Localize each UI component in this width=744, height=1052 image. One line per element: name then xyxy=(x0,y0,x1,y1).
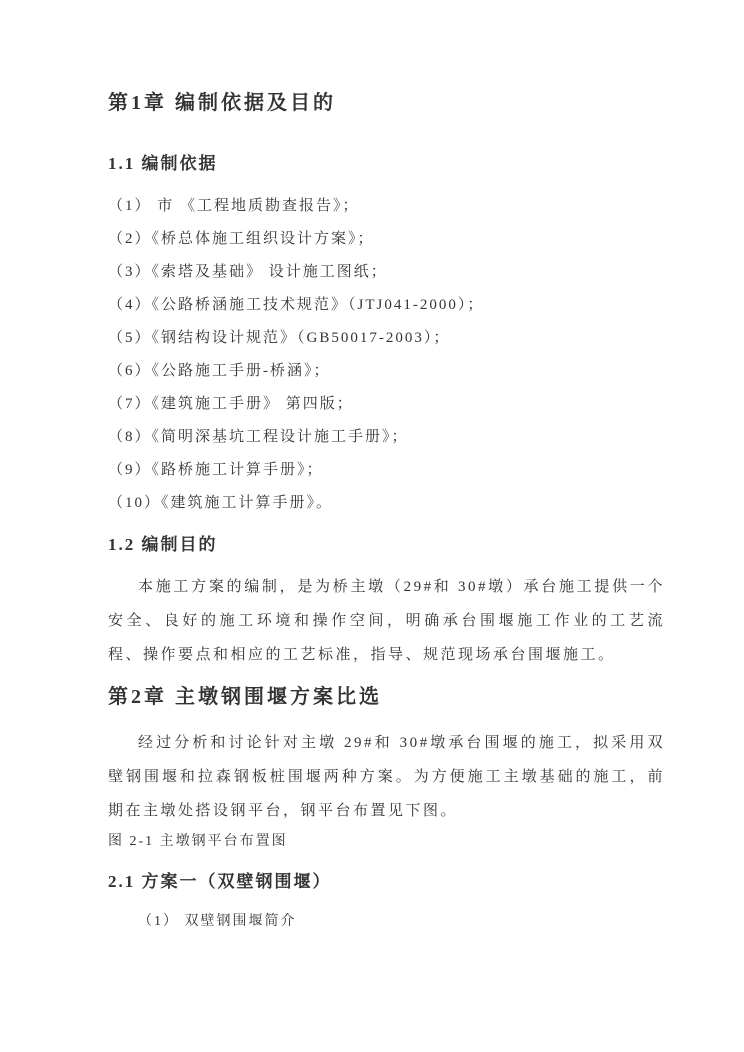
section-1-2-title: 1.2 编制目的 xyxy=(108,535,665,555)
reference-item-9: （9）《路桥施工计算手册》； xyxy=(108,454,665,487)
section-2-1-title: 2.1 方案一（双壁钢围堰） xyxy=(108,872,665,892)
reference-item-1: （1） 市 《工程地质勘查报告》； xyxy=(108,190,665,223)
reference-list: （1） 市 《工程地质勘查报告》； （2）《桥总体施工组织设计方案》； （3）《… xyxy=(108,190,665,520)
reference-item-8: （8）《简明深基坑工程设计施工手册》； xyxy=(108,421,665,454)
reference-item-7: （7）《建筑施工手册》 第四版； xyxy=(108,388,665,421)
figure-2-1-caption: 图 2-1 主墩钢平台布置图 xyxy=(108,832,665,852)
reference-item-3: （3）《索塔及基础》 设计施工图纸； xyxy=(108,256,665,289)
reference-item-4: （4）《公路桥涵施工技术规范》（JTJ041-2000）； xyxy=(108,289,665,322)
reference-item-2: （2）《桥总体施工组织设计方案》； xyxy=(108,223,665,256)
reference-item-10: （10）《建筑施工计算手册》。 xyxy=(108,487,665,520)
reference-item-5: （5）《钢结构设计规范》（GB50017-2003）； xyxy=(108,322,665,355)
document-page: 第1章 编制依据及目的 1.1 编制依据 （1） 市 《工程地质勘查报告》； （… xyxy=(0,0,744,1052)
section-2-1-intro-item: （1） 双壁钢围堰简介 xyxy=(108,912,665,932)
chapter-2-title: 第2章 主墩钢围堰方案比选 xyxy=(108,686,665,708)
chapter-1-title: 第1章 编制依据及目的 xyxy=(108,92,665,114)
section-1-1-title: 1.1 编制依据 xyxy=(108,154,665,174)
section-1-2-paragraph: 本施工方案的编制，是为桥主墩（29#和 30#墩）承台施工提供一个安全、良好的施… xyxy=(108,570,665,672)
reference-item-6: （6）《公路施工手册-桥涵》； xyxy=(108,355,665,388)
chapter-2-paragraph: 经过分析和讨论针对主墩 29#和 30#墩承台围堰的施工，拟采用双壁钢围堰和拉森… xyxy=(108,726,665,828)
